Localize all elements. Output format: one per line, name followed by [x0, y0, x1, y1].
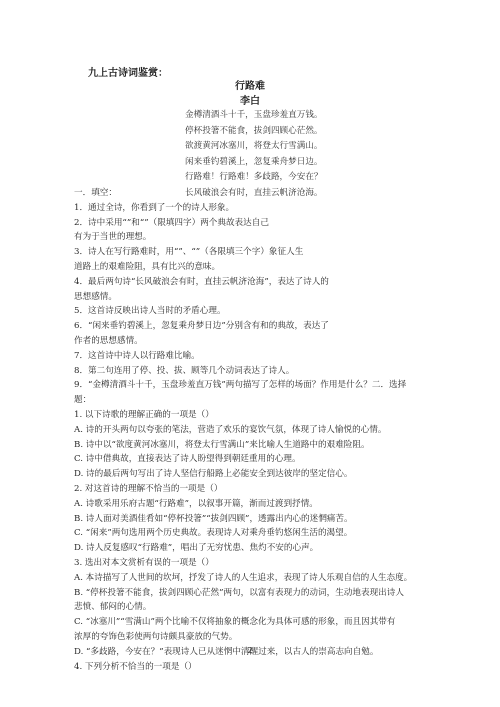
mc-question: 2. 对这首诗的理解不恰当的一项是（）	[74, 482, 464, 497]
question-line: 作者的思想感情。	[74, 334, 464, 349]
question-line: 8．第二句连用了停、投、拔、顾等几个动词表达了诗人。	[74, 364, 464, 379]
mc-option: A. 诗的开头两句以夸张的笔法，营造了欢乐的宴饮气氛，体现了诗人愉悦的心情。	[74, 423, 464, 438]
question-line: 6．“闲来垂钓碧溪上，忽复乘舟梦日边”分别含有和的典故，表达了	[74, 319, 464, 334]
mc-option: B. 诗中以“欲度黄河冰塞川，将登太行雪满山”来比喻人生道路中的艰难险阻。	[74, 438, 464, 453]
mc-option: A. 本诗描写了人世间的坎坷，抒发了诗人的人生追求，表现了诗人乐观自信的人生态度…	[74, 571, 464, 586]
mc-question: 3. 选出对本文赏析有误的一项是（）	[74, 556, 464, 571]
page-number: 2	[0, 646, 500, 655]
section-fill-blank-heading: 一．填空：	[74, 186, 464, 201]
mc-option: C. “闲来”两句选用两个历史典故。表现诗人对乘舟垂钓悠闲生活的渴望。	[74, 526, 464, 541]
mc-option: 浓厚的夸饰色彩使两句诗颇具豪放的气势。	[74, 630, 464, 645]
question-line: 有为于当世的理想。	[74, 230, 464, 245]
mc-option: D. 诗人反复感叹“行路难”，唱出了无穷忧患、焦灼不安的心声。	[74, 541, 464, 556]
mc-option: B. 诗人面对美酒佳肴如“停杯投箸”“拔剑四顾”，透露出内心的迷惘痛苦。	[74, 512, 464, 527]
question-line: 道路上的艰难险阻，具有比兴的意味。	[74, 260, 464, 275]
question-line: 1．通过全诗，你看到了一个的诗人形象。	[74, 201, 464, 216]
question-line: 9．“金樽清酒斗十千，玉盘珍羞直万钱”两句描写了怎样的场面？作用是什么？二．选择	[74, 378, 464, 393]
mc-option: D. 诗的最后两句写出了诗人坚信行船路上必能安全到达彼岸的坚定信心。	[74, 467, 464, 482]
poem-line: 停杯投箸不能食，拔剑四顾心茫然。	[185, 124, 445, 140]
mc-option: B. “停杯投箸不能食，拔剑四顾心茫然”两句，以富有表现力的动词，生动地表现出诗…	[74, 586, 464, 601]
exercise-body: 一．填空： 1．通过全诗，你看到了一个的诗人形象。 2．诗中采用“”和“”（限填…	[74, 186, 464, 674]
question-line: 思想感情。	[74, 290, 464, 305]
mc-option: A. 诗歌采用乐府古题“行路难”，以叙事开篇，渐而过渡到抒情。	[74, 497, 464, 512]
question-line: 7．这首诗中诗人以行路难比喻。	[74, 349, 464, 364]
question-line: 3．诗人在写行路难时，用“”、“”（各限填三个字）象征人生	[74, 245, 464, 260]
question-line: 4．最后两句诗“长风破浪会有时，直挂云帆济沧海”，表达了诗人的	[74, 275, 464, 290]
poem-line: 闲来垂钓碧溪上，忽复乘舟梦日边。	[185, 155, 445, 171]
poem-title: 行路难	[0, 77, 500, 92]
document-page: 九上古诗词鉴赏： 行路难 李白 金樽清酒斗十千，玉盘珍羞直万钱。 停杯投箸不能食…	[0, 0, 500, 707]
question-line: 2．诗中采用“”和“”（限填四字）两个典故表达自己	[74, 216, 464, 231]
poem-author: 李白	[0, 92, 500, 107]
mc-option: C. 诗中借典故，直接表达了诗人盼望得到朝廷重用的心理。	[74, 452, 464, 467]
poem-line: 行路难！行路难！多歧路，今安在？	[185, 170, 445, 186]
mc-question: 4. 下列分析不恰当的一项是（）	[74, 660, 464, 675]
question-line: 题：	[74, 393, 464, 408]
mc-question: 1. 以下诗歌的理解正确的一项是（）	[74, 408, 464, 423]
question-line: 5．这首诗反映出诗人当时的矛盾心理。	[74, 304, 464, 319]
poem-line: 金樽清酒斗十千，玉盘珍羞直万钱。	[185, 108, 445, 124]
mc-option: C. “冰塞川”“雪满山”两个比喻不仅将抽象的概念化为具体可感的形象，而且因其带…	[74, 615, 464, 630]
poem-line: 欲渡黄河冰塞川，将登太行雪满山。	[185, 139, 445, 155]
mc-option: 悲愤、郁闷的心情。	[74, 600, 464, 615]
